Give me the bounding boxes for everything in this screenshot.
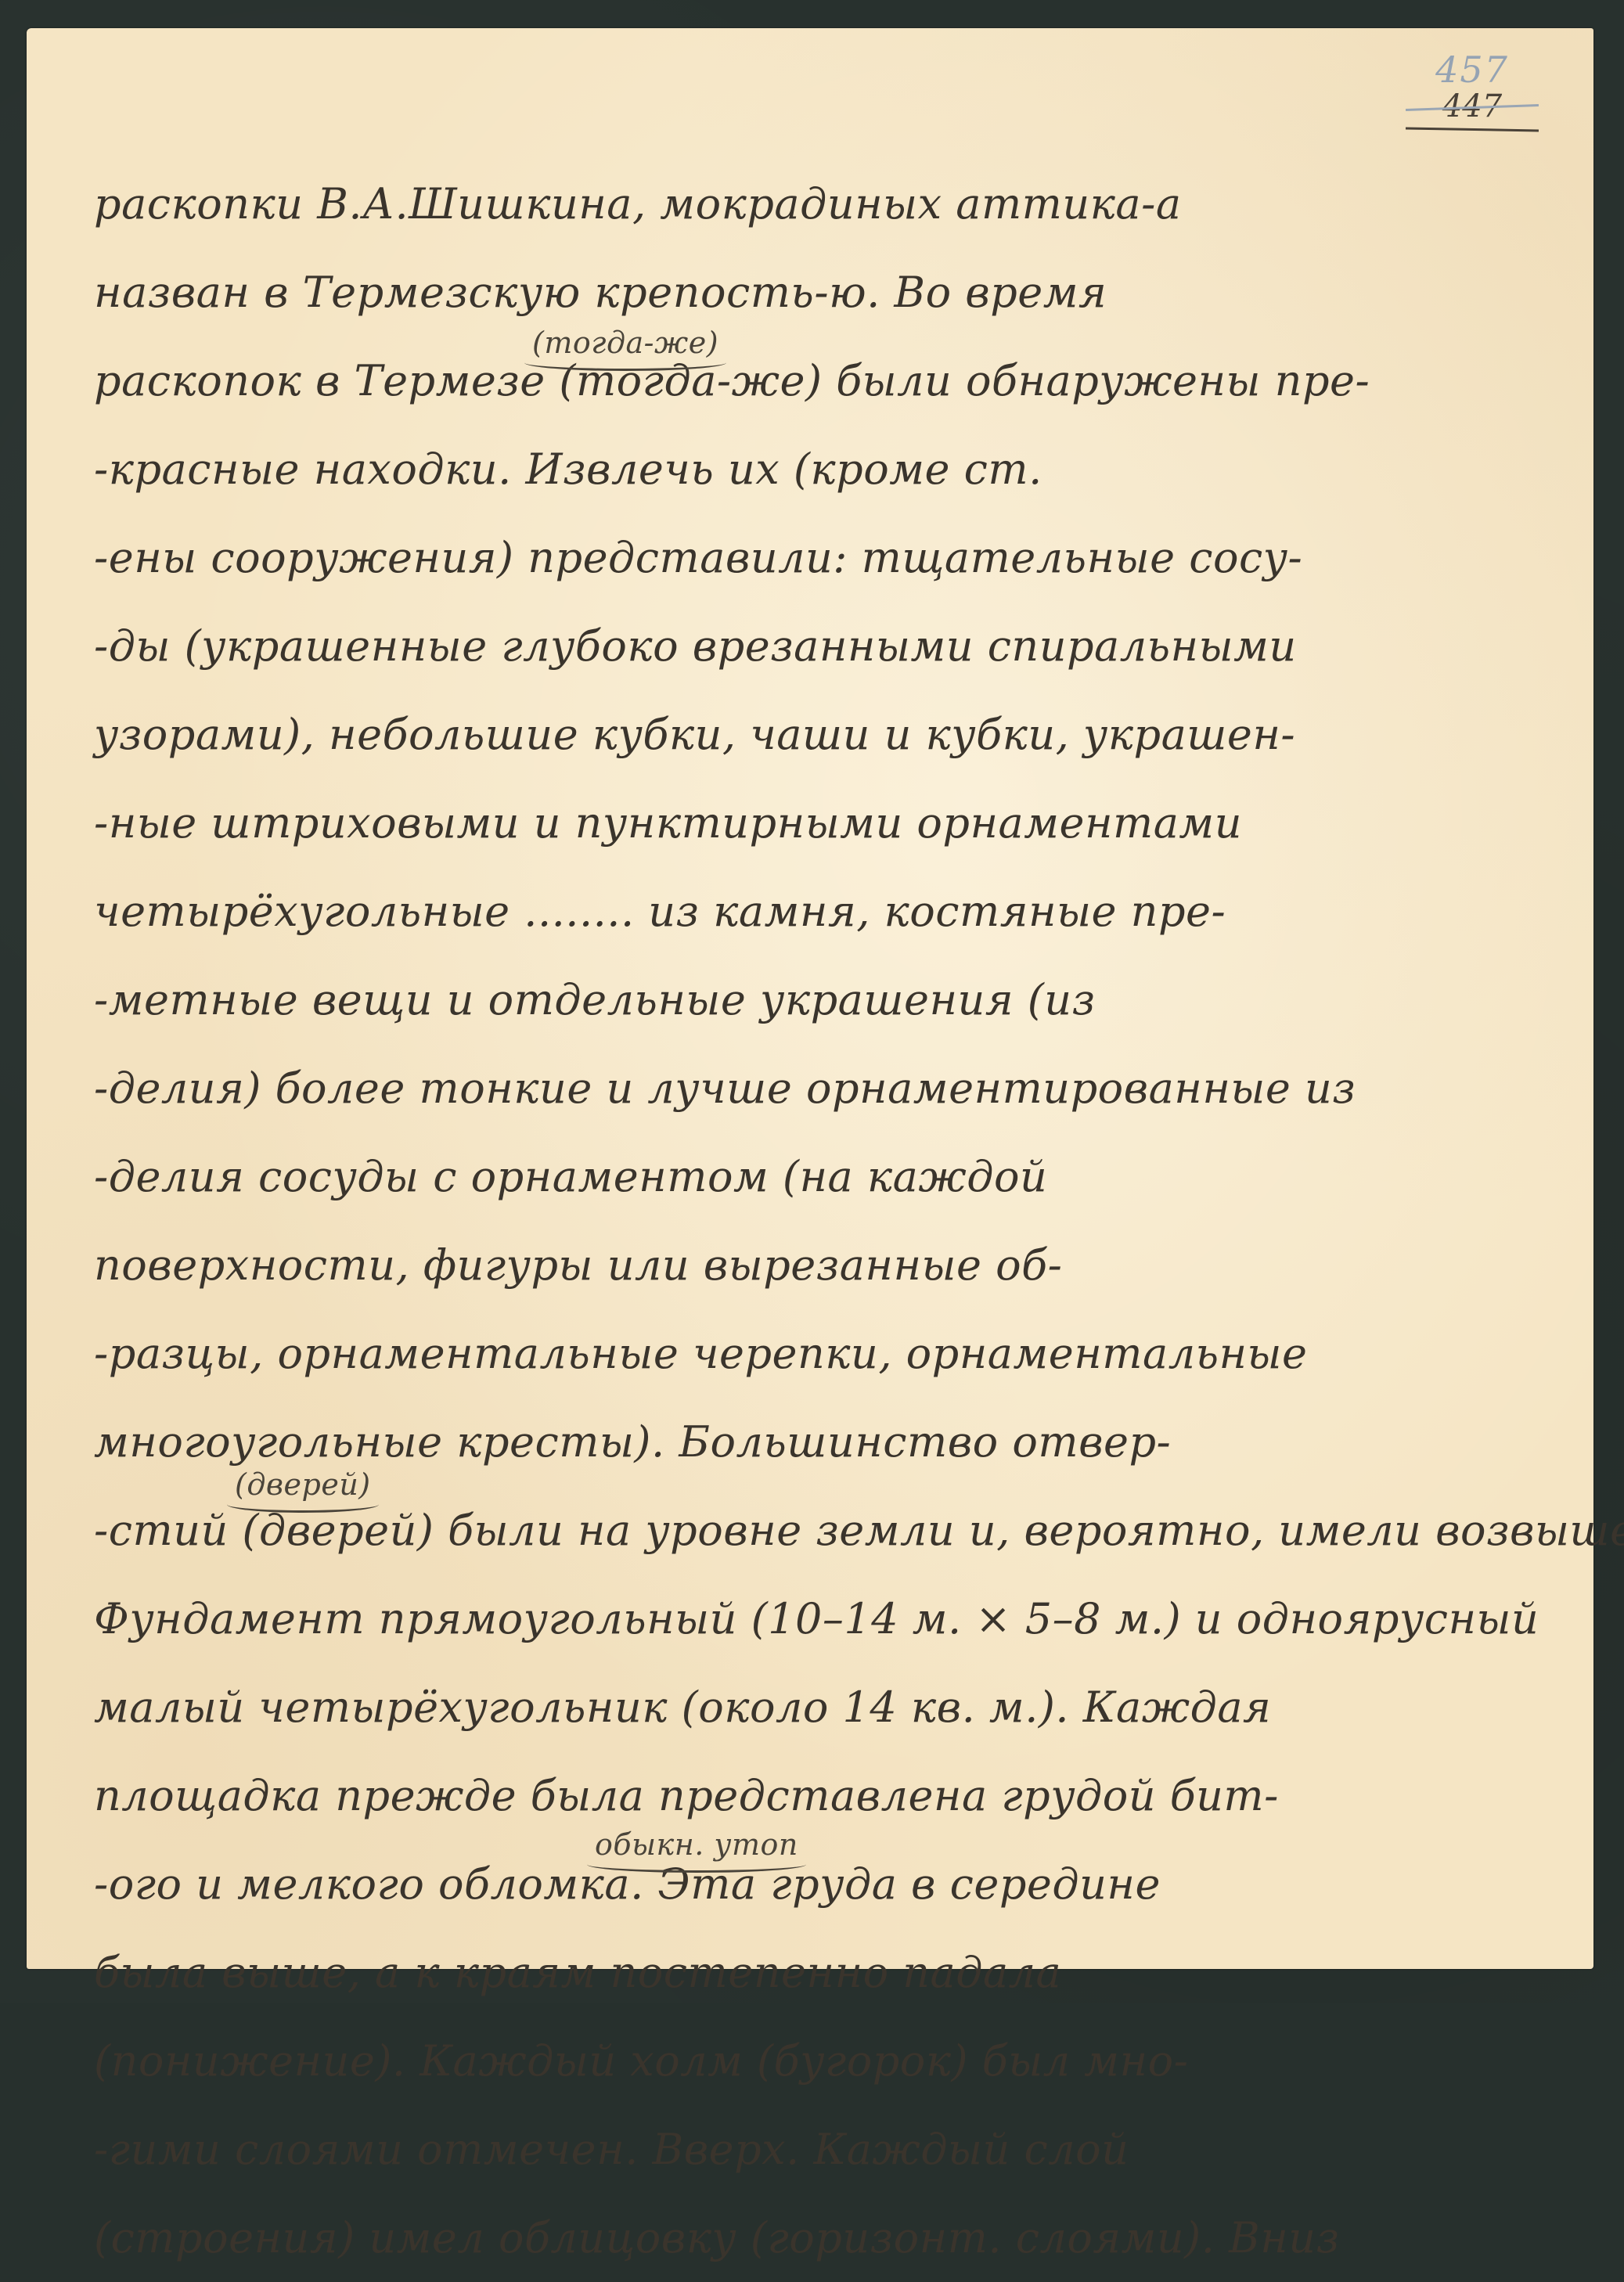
text-line: -ды (украшенные глубоко врезанными спира…	[94, 602, 1565, 690]
text-line: малый четырёхугольник (около 14 кв. м.).…	[94, 1663, 1565, 1751]
text-line: узорами), небольшие кубки, чаши и кубки,…	[94, 690, 1565, 779]
text-line: четырёхугольные ........ из камня, костя…	[94, 867, 1565, 956]
text-line: -делия) более тонкие и лучше орнаментиро…	[94, 1044, 1565, 1132]
manuscript-sheet: 457 447 раскопки В.А.Шишкина, мокрадиных…	[27, 28, 1593, 1969]
interlinear-insertion: (дверей)	[235, 1469, 371, 1500]
text-line: была выше, а к краям постепенно падала	[94, 1928, 1565, 2003]
interlinear-insertion: (тогда-же)	[532, 327, 718, 358]
text-line: -красные находки. Извлечь их (кроме ст.	[94, 425, 1565, 513]
manuscript-text: раскопки В.А.Шишкина, мокрадиных аттика-…	[94, 160, 1565, 2003]
text-line: (дверей) -стий (дверей) были на уровне з…	[94, 1486, 1565, 1575]
folio-current: 457	[1406, 50, 1539, 89]
text-line: назван в Термезскую крепость-ю. Во время	[94, 248, 1565, 337]
text-line: Фундамент прямоугольный (10–14 м. × 5–8 …	[94, 1575, 1565, 1663]
folio-previous-struck: 447	[1406, 89, 1539, 124]
text-line: поверхности, фигуры или вырезанные об-	[94, 1221, 1565, 1309]
text-line: -метные вещи и отдельные украшения (из	[94, 956, 1565, 1044]
text-line: -ены сооружения) представили: тщательные…	[94, 513, 1565, 602]
text-line: обыкн. утоп -ого и мелкого обломка. Эта …	[94, 1840, 1565, 1928]
folio-number: 457 447	[1406, 50, 1539, 131]
text-line: (тогда-же) раскопок в Термезе (тогда-же)…	[94, 337, 1565, 425]
text-line: -ные штриховыми и пунктирными орнаментам…	[94, 779, 1565, 867]
text-line: -делия сосуды с орнаментом (на каждой	[94, 1132, 1565, 1221]
text-line: раскопки В.А.Шишкина, мокрадиных аттика-…	[94, 160, 1565, 248]
folio-underline	[1406, 128, 1539, 132]
text-line: -разцы, орнаментальные черепки, орнамент…	[94, 1309, 1565, 1398]
interlinear-insertion: обыкн. утоп	[595, 1829, 798, 1860]
text-line: площадка прежде была представлена грудой…	[94, 1751, 1565, 1840]
